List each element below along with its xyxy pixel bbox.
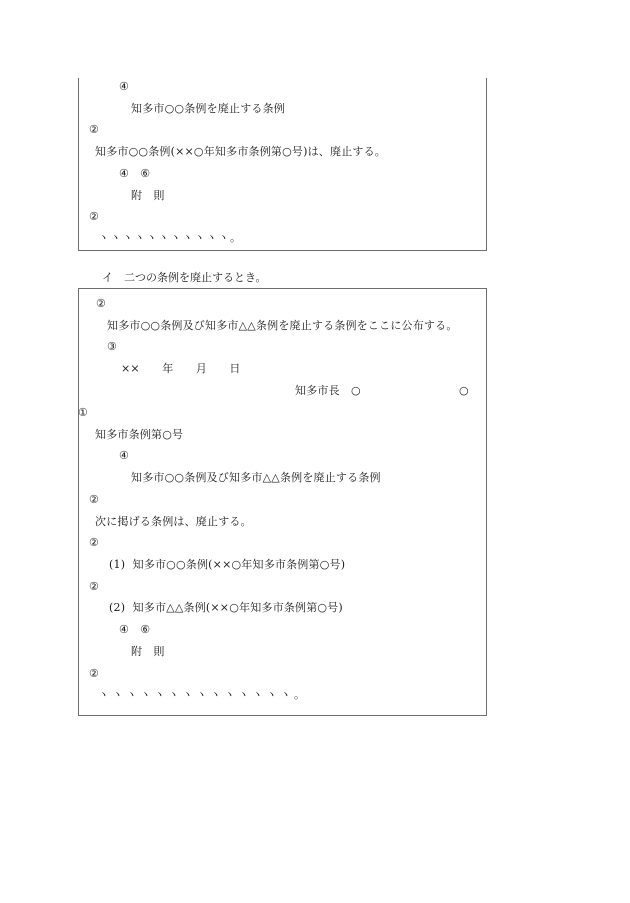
layout-mark: ③ [107, 340, 117, 354]
mayor-seal-placeholder: ○ [459, 384, 469, 398]
mayor-signature: 知多市長 ○ [295, 384, 361, 398]
layout-mark: ② [89, 580, 99, 594]
layout-mark: ② [89, 123, 99, 137]
placeholder-text: ヽヽヽヽヽヽヽヽヽヽヽ。 [98, 231, 242, 245]
supplementary-provisions-heading: 附 則 [131, 189, 165, 203]
layout-mark: ② [89, 667, 99, 681]
ordinance-body: 知多市○○条例(××○年知多市条例第○号)は、廃止する。 [95, 145, 386, 159]
ordinance-item-1: (1) 知多市○○条例(××○年知多市条例第○号) [109, 558, 345, 572]
layout-mark: ② [89, 536, 99, 550]
ordinance-body: 次に掲げる条例は、廃止する。 [95, 515, 252, 529]
ordinance-item-2: (2) 知多市△△条例(××○年知多市条例第○号) [109, 601, 343, 615]
ordinance-example-box-2: ② 知多市○○条例及び知多市△△条例を廃止する条例をここに公布する。 ③ ×× … [78, 288, 487, 716]
placeholder-text: ヽヽヽヽヽヽヽヽヽヽヽヽヽヽ。 [98, 688, 308, 702]
layout-mark: ④ [119, 449, 129, 463]
ordinance-example-box-1: ④ 知多市○○条例を廃止する条例 ② 知多市○○条例(××○年知多市条例第○号)… [78, 78, 487, 251]
ordinance-title: 知多市○○条例及び知多市△△条例を廃止する条例 [131, 471, 381, 485]
layout-mark: ① [78, 406, 88, 420]
section-heading: イ 二つの条例を廃止するとき。 [102, 271, 267, 285]
layout-mark: ② [89, 493, 99, 507]
layout-mark: ④ ⑥ [119, 167, 150, 181]
ordinance-number: 知多市条例第○号 [95, 428, 183, 442]
layout-mark: ② [89, 210, 99, 224]
supplementary-provisions-heading: 附 則 [131, 645, 165, 659]
ordinance-title: 知多市○○条例を廃止する条例 [131, 102, 285, 116]
promulgation-text: 知多市○○条例及び知多市△△条例を廃止する条例をここに公布する。 [107, 319, 458, 333]
layout-mark: ② [96, 297, 106, 311]
layout-mark: ④ [119, 80, 129, 94]
promulgation-date: ×× 年 月 日 [121, 362, 241, 376]
layout-mark: ④ ⑥ [119, 623, 150, 637]
